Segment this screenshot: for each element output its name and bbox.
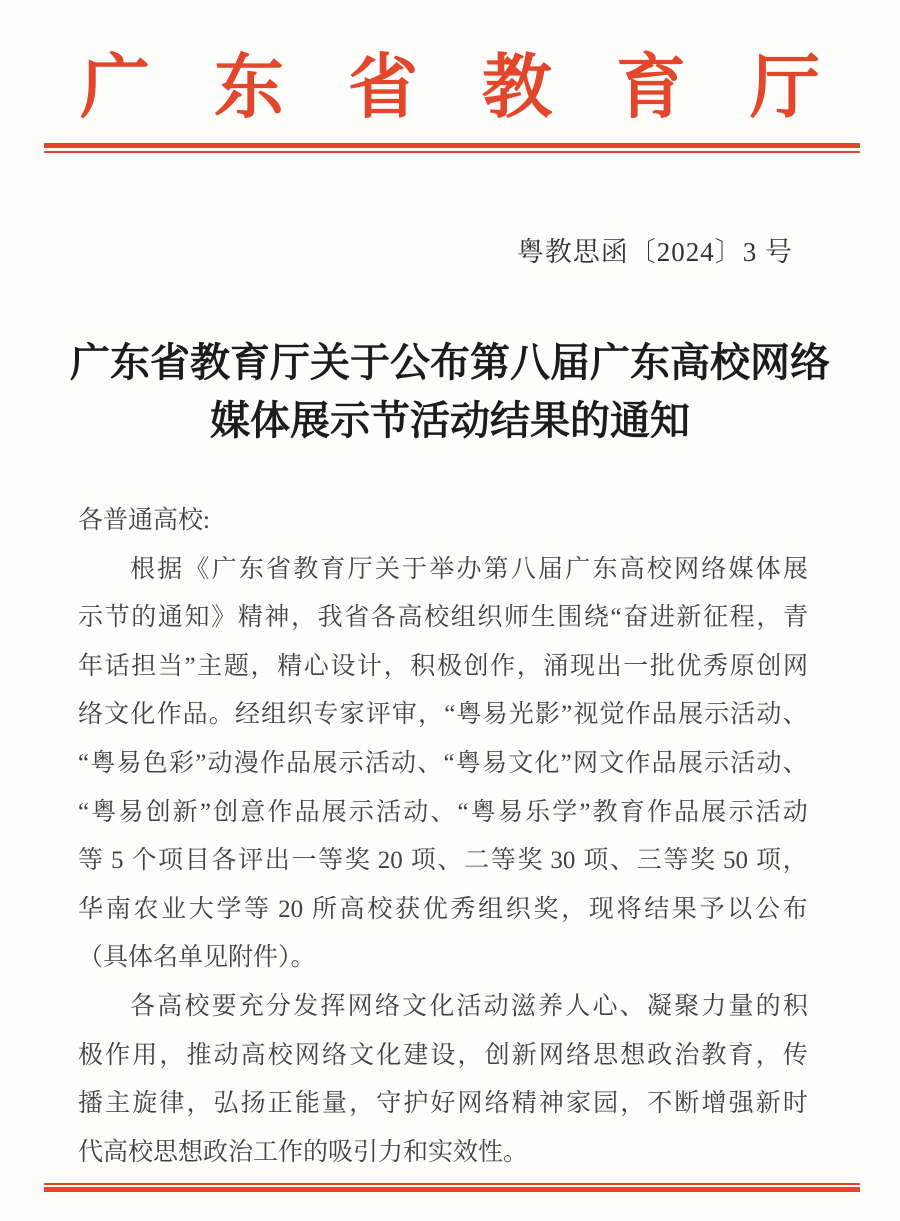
body-line: 华南农业大学等 20 所高校获优秀组织奖，现将结果予以公布 bbox=[78, 886, 808, 935]
body-line: 代高校思想政治工作的吸引力和实效性。 bbox=[78, 1129, 808, 1178]
body-line: 年话担当”主题，精心设计，积极创作，涌现出一批优秀原创网 bbox=[78, 643, 808, 692]
body-line: 播主旋律，弘扬正能量，守护好网络精神家园，不断增强新时 bbox=[78, 1080, 808, 1129]
header-divider-thin-line bbox=[44, 151, 860, 153]
doc-number: 粤教思函〔2024〕3 号 bbox=[517, 230, 793, 269]
document-body: 各普通高校: 根据《广东省教育厅关于举办第八届广东高校网络媒体展 示节的通知》精… bbox=[78, 497, 808, 1177]
footer-divider-thick-line bbox=[44, 1187, 860, 1192]
document-title: 广东省教育厅关于公布第八届广东高校网络 媒体展示节活动结果的通知 bbox=[50, 334, 850, 450]
document-page: 广东省教育厅 粤教思函〔2024〕3 号 广东省教育厅关于公布第八届广东高校网络… bbox=[0, 0, 900, 1221]
title-line-1: 广东省教育厅关于公布第八届广东高校网络 bbox=[50, 334, 850, 392]
body-line: 络文化作品。经组织专家评审，“粤易光影”视觉作品展示活动、 bbox=[78, 691, 808, 740]
title-line-2: 媒体展示节活动结果的通知 bbox=[50, 392, 850, 450]
body-line: “粤易创新”创意作品展示活动、“粤易乐学”教育作品展示活动 bbox=[78, 789, 808, 838]
body-line: 等 5 个项目各评出一等奖 20 项、二等奖 30 项、三等奖 50 项， bbox=[78, 837, 808, 886]
salutation-line: 各普通高校: bbox=[78, 497, 808, 546]
header-divider bbox=[44, 143, 860, 153]
letterhead-agency-name: 广东省教育厅 bbox=[0, 44, 900, 134]
body-line: （具体名单见附件）。 bbox=[78, 934, 808, 983]
body-line: 示节的通知》精神，我省各高校组织师生围绕“奋进新征程，青 bbox=[78, 594, 808, 643]
footer-divider bbox=[44, 1183, 860, 1192]
body-line: 极作用，推动高校网络文化建设，创新网络思想政治教育，传 bbox=[78, 1032, 808, 1081]
body-line: 根据《广东省教育厅关于举办第八届广东高校网络媒体展 bbox=[78, 546, 808, 595]
body-line: 各高校要充分发挥网络文化活动滋养人心、凝聚力量的积 bbox=[78, 983, 808, 1032]
body-line: “粤易色彩”动漫作品展示活动、“粤易文化”网文作品展示活动、 bbox=[78, 740, 808, 789]
